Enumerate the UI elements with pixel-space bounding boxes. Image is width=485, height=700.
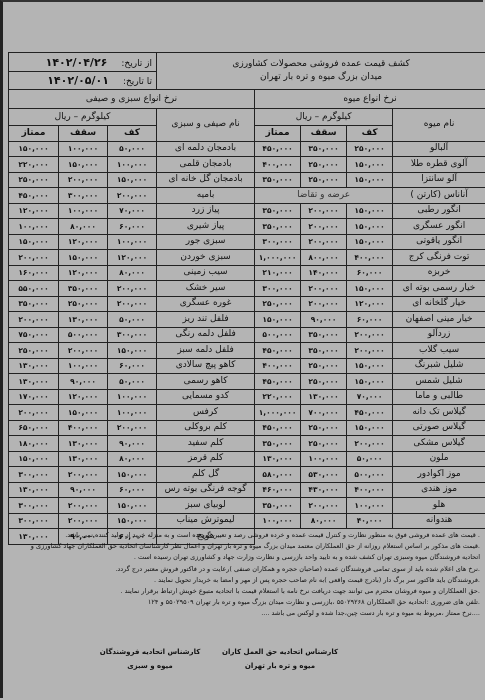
fruit-price-min: ۱۵۰,۰۰۰ [347,234,393,250]
fruit-price-premium: ۲۲۰,۰۰۰ [255,389,301,405]
fruit-price-max: ۲۵۰,۰۰۰ [301,358,347,374]
note-line: . قیمت های عمده فروشی فوق به منظور نظارت… [8,530,480,541]
veg-price-min: ۵۰,۰۰۰ [108,374,157,390]
note-line: ....نرخ ممتاز ،مربوط به میوه و تره بار د… [8,608,480,619]
fruit-price-max: ۲۰۰,۰۰۰ [301,296,347,312]
veg-price-max: ۲۰۰,۰۰۰ [59,343,108,359]
veg-price-premium: ۱۵۰,۰۰۰ [9,234,59,250]
signature-sellers: کارشناس اتحادیه فروشندگان میوه و سبزی [80,645,220,673]
veg-name: کلم قرمز [157,451,255,467]
veg-price-premium: ۴۵۰,۰۰۰ [9,188,59,204]
fruit-price-premium: ۳۵۰,۰۰۰ [255,219,301,235]
veg-price-premium: ۷۵۰,۰۰۰ [9,327,59,343]
fruit-price-max: ۸۰,۰۰۰ [301,513,347,529]
to-date-row: تا تاریخ:۱۴۰۲/۰۵/۰۱ [9,72,156,89]
veg-name: کلم سفید [157,436,255,452]
veg-name: سیب زمینی [157,265,255,281]
veg-price-min: ۱۰۰,۰۰۰ [108,389,157,405]
title-line-1: کشف قیمت عمده فروشی محصولات کشاورزی [157,58,485,71]
fruit-price-min: ۲۰۰,۰۰۰ [347,343,393,359]
table-row: انگور رطبی۱۵۰,۰۰۰۲۰۰,۰۰۰۳۵۰,۰۰۰پیاز زرد۷… [9,203,485,219]
fruit-name-header: نام میوه [393,109,485,142]
fruit-price-min: ۱۵۰,۰۰۰ [347,157,393,173]
veg-name: سبزی خوردن [157,250,255,266]
fruit-name: گیلاس تک دانه [393,405,485,421]
table-row: ملون۵۰,۰۰۰۱۰۰,۰۰۰۱۳۰,۰۰۰کلم قرمز۸۰,۰۰۰۱۳… [9,451,485,467]
table-row: انگور یاقوتی۱۵۰,۰۰۰۲۰۰,۰۰۰۳۰۰,۰۰۰سبزی جو… [9,234,485,250]
to-date-label: تا تاریخ: [123,77,152,87]
veg-price-min: ۵۰,۰۰۰ [108,312,157,328]
fruit-price-max: ۳۵۰,۰۰۰ [301,141,347,157]
fruit-price-min: ۴۰۰,۰۰۰ [347,250,393,266]
fruit-price-premium: ۲۱۰,۰۰۰ [255,265,301,281]
table-row: سیب گلاب۲۰۰,۰۰۰۳۵۰,۰۰۰۴۵۰,۰۰۰فلفل دلمه س… [9,343,485,359]
fruit-price-min: ۱۰۰,۰۰۰ [347,498,393,514]
veg-price-max: ۱۵۰,۰۰۰ [59,157,108,173]
veg-price-premium: ۳۵۰,۰۰۰ [9,296,59,312]
veg-price-min: ۵۰,۰۰۰ [108,141,157,157]
table-row: گیلاس صورتی۱۵۰,۰۰۰۲۵۰,۰۰۰۴۵۰,۰۰۰کلم بروک… [9,420,485,436]
fruit-price-premium: ۱۰۰,۰۰۰ [255,513,301,529]
fruit-price-premium: ۵۸۰,۰۰۰ [255,467,301,483]
veg-price-premium: ۲۵۰,۰۰۰ [9,172,59,188]
veg-name: بامیه [157,188,255,204]
veg-name: کدو مسمایی [157,389,255,405]
fruit-price-premium: ۱۳۰,۰۰۰ [255,451,301,467]
veg-price-premium: ۲۵۰,۰۰۰ [9,343,59,359]
table-row: خیار گلخانه ای۱۲۰,۰۰۰۲۰۰,۰۰۰۲۵۰,۰۰۰غوره … [9,296,485,312]
fruit-price-max: ۵۳۰,۰۰۰ [301,467,347,483]
table-row: هلو۱۰۰,۰۰۰۲۰۰,۰۰۰۳۵۰,۰۰۰لوبیای سبز۱۵۰,۰۰… [9,498,485,514]
veg-name: بادمجان قلمی [157,157,255,173]
fruit-price-min: ۱۲۰,۰۰۰ [347,296,393,312]
table-row: گیلاس مشکی۲۰۰,۰۰۰۲۵۰,۰۰۰۳۵۰,۰۰۰کلم سفید۹… [9,436,485,452]
fruit-name: خیار مینی اصفهان [393,312,485,328]
fruit-name: خربزه [393,265,485,281]
supply-demand-note: عرضه و تقاضا [255,188,393,204]
veg-price-max: ۱۳۰,۰۰۰ [59,436,108,452]
veg-price-premium: ۱۸۰,۰۰۰ [9,436,59,452]
veg-price-max: ۱۰۰,۰۰۰ [59,141,108,157]
veg-name: کلم بروکلی [157,420,255,436]
veg-name: فلفل دلمه سبز [157,343,255,359]
fruit-price-premium: ۱۵۰,۰۰۰ [255,312,301,328]
veg-price-min: ۸۰,۰۰۰ [108,265,157,281]
fruit-price-max: ۳۵۰,۰۰۰ [301,343,347,359]
veg-price-max: ۱۰۰,۰۰۰ [59,203,108,219]
fruit-price-min: ۲۰۰,۰۰۰ [347,436,393,452]
veg-price-max: ۹۰,۰۰۰ [59,374,108,390]
veg-price-min: ۱۵۰,۰۰۰ [108,172,157,188]
fruit-price-max: ۲۰۰,۰۰۰ [301,281,347,297]
veg-price-max: ۴۰۰,۰۰۰ [59,420,108,436]
fruit-price-min: ۵۰۰,۰۰۰ [347,467,393,483]
fruit-name: گیلاس صورتی [393,420,485,436]
fruit-name: خیار رسمی بوته ای [393,281,485,297]
table-row: خیار مینی اصفهان۶۰,۰۰۰۹۰,۰۰۰۱۵۰,۰۰۰فلفل … [9,312,485,328]
fruit-price-min: ۴۵۰,۰۰۰ [347,405,393,421]
fruit-price-min: ۴۰,۰۰۰ [347,513,393,529]
veg-price-max: ۱۳۰,۰۰۰ [59,312,108,328]
veg-name: سبزی جور [157,234,255,250]
table-row: شلیل شبرنگ۱۵۰,۰۰۰۲۵۰,۰۰۰۴۰۰,۰۰۰کاهو پیچ … [9,358,485,374]
fruit-price-premium: ۳۵۰,۰۰۰ [255,203,301,219]
note-line: .حق العملکاران و میوه فروشان محترم می تو… [8,586,480,597]
veg-price-premium: ۱۵۰,۰۰۰ [9,451,59,467]
veg-unit: کیلوگرم – ریال [9,109,157,126]
veg-col-min: کف [108,126,157,142]
veg-price-max: ۱۲۰,۰۰۰ [59,234,108,250]
from-date-label: از تاریخ: [121,59,152,69]
fruit-price-max: ۲۰۰,۰۰۰ [301,498,347,514]
veg-price-min: ۱۰۰,۰۰۰ [108,405,157,421]
fruit-price-max: ۲۵۰,۰۰۰ [301,157,347,173]
fruit-price-max: ۲۵۰,۰۰۰ [301,172,347,188]
fruit-name: آناناس (کارتن ) [393,188,485,204]
table-row: انگور عسگری۱۵۰,۰۰۰۲۰۰,۰۰۰۳۵۰,۰۰۰پیاز شیر… [9,219,485,235]
fruit-price-premium: ۴۶۰,۰۰۰ [255,482,301,498]
fruit-name: هلو [393,498,485,514]
from-date-row: از تاریخ:۱۴۰۲/۰۴/۲۶ [9,54,156,72]
fruit-name: گیلاس مشکی [393,436,485,452]
fruit-col-premium: ممتاز [255,126,301,142]
fruit-name: شلیل شمس [393,374,485,390]
table-row: خیار رسمی بوته ای۱۵۰,۰۰۰۲۰۰,۰۰۰۳۰۰,۰۰۰سی… [9,281,485,297]
veg-price-premium: ۱۳۰,۰۰۰ [9,482,59,498]
note-line: اتحادیه فروشندگان میوه وسبزی تهران کشف ش… [8,552,480,563]
veg-price-min: ۱۵۰,۰۰۰ [108,343,157,359]
fruit-price-min: ۱۵۰,۰۰۰ [347,420,393,436]
signature-commission-agents: کارشناس اتحادیه حق العمل کاران میوه و تر… [210,645,350,673]
fruit-price-premium: ۱,۰۰۰,۰۰۰ [255,250,301,266]
table-row: شلیل شمس۱۵۰,۰۰۰۲۵۰,۰۰۰۴۵۰,۰۰۰کاهو رسمی۵۰… [9,374,485,390]
veg-price-min: ۶۰,۰۰۰ [108,358,157,374]
fruit-name: سیب گلاب [393,343,485,359]
fruit-price-premium: ۱,۰۰۰,۰۰۰ [255,405,301,421]
veg-price-max: ۸۰,۰۰۰ [59,219,108,235]
signature-line: میوه و سبزی [80,659,220,673]
fruit-section-title: نرخ انواع میوه [255,90,485,109]
veg-price-premium: ۶۵۰,۰۰۰ [9,420,59,436]
veg-price-min: ۹۰,۰۰۰ [108,436,157,452]
table-row: آناناس (کارتن )عرضه و تقاضابامیه۲۰۰,۰۰۰۳… [9,188,485,204]
fruit-price-premium: ۵۰۰,۰۰۰ [255,327,301,343]
veg-price-max: ۹۰,۰۰۰ [59,482,108,498]
title-line-2: میدان بزرگ میوه و تره بار تهران [157,71,485,84]
fruit-price-premium: ۴۵۰,۰۰۰ [255,141,301,157]
fruit-price-premium: ۴۵۰,۰۰۰ [255,420,301,436]
fruit-price-min: ۶۰,۰۰۰ [347,312,393,328]
table-row: موز اکوادور۵۰۰,۰۰۰۵۳۰,۰۰۰۵۸۰,۰۰۰گل کلم۱۵… [9,467,485,483]
signature-line: کارشناس اتحادیه حق العمل کاران [210,645,350,659]
veg-price-max: ۲۰۰,۰۰۰ [59,498,108,514]
fruit-price-max: ۹۰,۰۰۰ [301,312,347,328]
fruit-name: آلوی قطره طلا [393,157,485,173]
veg-price-premium: ۱۰۰,۰۰۰ [9,219,59,235]
veg-name: کرفس [157,405,255,421]
veg-price-min: ۸۰,۰۰۰ [108,451,157,467]
veg-price-min: ۱۲۰,۰۰۰ [108,250,157,266]
fruit-name: موز اکوادور [393,467,485,483]
fruit-price-premium: ۴۰۰,۰۰۰ [255,358,301,374]
veg-price-max: ۱۳۰,۰۰۰ [59,451,108,467]
veg-price-max: ۳۵۰,۰۰۰ [59,281,108,297]
table-row: توت فرنگی کرج۴۰۰,۰۰۰۸۰۰,۰۰۰۱,۰۰۰,۰۰۰سبزی… [9,250,485,266]
signature-line: کارشناس اتحادیه فروشندگان [80,645,220,659]
veg-price-premium: ۳۰۰,۰۰۰ [9,498,59,514]
fruit-price-max: ۱۳۰,۰۰۰ [301,389,347,405]
table-row: طالبی و ماما۷۰,۰۰۰۱۳۰,۰۰۰۲۲۰,۰۰۰کدو مسما… [9,389,485,405]
fruit-price-max: ۲۰۰,۰۰۰ [301,203,347,219]
veg-price-min: ۱۵۰,۰۰۰ [108,498,157,514]
fruit-price-max: ۲۵۰,۰۰۰ [301,436,347,452]
fruit-name: آلبالو [393,141,485,157]
sheet-title: کشف قیمت عمده فروشی محصولات کشاورزی میدا… [157,53,485,90]
fruit-price-max: ۱۰۰,۰۰۰ [301,451,347,467]
veg-price-premium: ۱۳۰,۰۰۰ [9,374,59,390]
fruit-price-max: ۲۰۰,۰۰۰ [301,234,347,250]
veg-name: فلفل تند ریز [157,312,255,328]
veg-price-max: ۳۰۰,۰۰۰ [59,188,108,204]
veg-name: پیاز شیری [157,219,255,235]
veg-price-min: ۱۰۰,۰۰۰ [108,234,157,250]
veg-price-premium: ۵۵۰,۰۰۰ [9,281,59,297]
fruit-price-min: ۱۵۰,۰۰۰ [347,281,393,297]
veg-price-min: ۲۰۰,۰۰۰ [108,296,157,312]
veg-name: گوجه فرنگی بوته رس [157,482,255,498]
veg-price-max: ۲۰۰,۰۰۰ [59,172,108,188]
fruit-price-premium: ۴۵۰,۰۰۰ [255,374,301,390]
veg-name: کاهو رسمی [157,374,255,390]
table-row: خربزه۶۰,۰۰۰۱۴۰,۰۰۰۲۱۰,۰۰۰سیب زمینی۸۰,۰۰۰… [9,265,485,281]
note-line: .نرخ های اعلام شده باید از سوی تمامی فرو… [8,564,480,575]
fruit-price-min: ۲۵۰,۰۰۰ [347,141,393,157]
fruit-price-max: ۲۵۰,۰۰۰ [301,420,347,436]
fruit-name: شلیل شبرنگ [393,358,485,374]
fruit-price-premium: ۴۰۰,۰۰۰ [255,157,301,173]
veg-price-max: ۱۲۰,۰۰۰ [59,265,108,281]
fruit-price-max: ۲۵۰,۰۰۰ [301,374,347,390]
veg-price-max: ۱۰۰,۰۰۰ [59,358,108,374]
veg-price-premium: ۲۰۰,۰۰۰ [9,405,59,421]
veg-name: گل کلم [157,467,255,483]
fruit-name: ملون [393,451,485,467]
veg-price-premium: ۲۰۰,۰۰۰ [9,312,59,328]
veg-price-premium: ۳۰۰,۰۰۰ [9,513,59,529]
veg-col-max: سقف [59,126,108,142]
veg-price-premium: ۱۵۰,۰۰۰ [9,141,59,157]
table-row: آلبالو۲۵۰,۰۰۰۳۵۰,۰۰۰۴۵۰,۰۰۰بادمجان دلمه … [9,141,485,157]
veg-name: غوره عسگری [157,296,255,312]
veg-name-header: نام صیفی و سبزی [157,109,255,142]
veg-price-max: ۱۵۰,۰۰۰ [59,405,108,421]
table-row: موز هندی۴۰۰,۰۰۰۴۳۰,۰۰۰۴۶۰,۰۰۰گوجه فرنگی … [9,482,485,498]
fruit-name: توت فرنگی کرج [393,250,485,266]
fruit-price-min: ۱۵۰,۰۰۰ [347,358,393,374]
veg-price-min: ۶۰,۰۰۰ [108,482,157,498]
veg-price-premium: ۲۰۰,۰۰۰ [9,250,59,266]
table-row: هندوانه۴۰,۰۰۰۸۰,۰۰۰۱۰۰,۰۰۰لیموترش میناب۱… [9,513,485,529]
fruit-name: انگور یاقوتی [393,234,485,250]
veg-price-min: ۲۰۰,۰۰۰ [108,420,157,436]
signature-line: میوه و تره بار تهران [210,659,350,673]
fruit-name: انگور عسگری [393,219,485,235]
veg-price-max: ۱۵۰,۰۰۰ [59,250,108,266]
fruit-price-premium: ۲۵۰,۰۰۰ [255,296,301,312]
veg-price-premium: ۳۰۰,۰۰۰ [9,467,59,483]
veg-name: بادمجان گل خانه ای [157,172,255,188]
veg-price-premium: ۱۶۰,۰۰۰ [9,265,59,281]
fruit-name: هندوانه [393,513,485,529]
veg-name: فلفل دلمه رنگی [157,327,255,343]
fruit-price-premium: ۳۵۰,۰۰۰ [255,498,301,514]
fruit-name: انگور رطبی [393,203,485,219]
veg-price-min: ۷۰,۰۰۰ [108,203,157,219]
fruit-name: زردآلو [393,327,485,343]
fruit-price-max: ۲۰۰,۰۰۰ [301,219,347,235]
fruit-price-premium: ۳۰۰,۰۰۰ [255,234,301,250]
veg-col-premium: ممتاز [9,126,59,142]
table-row: آلو سانتزا۱۵۰,۰۰۰۲۵۰,۰۰۰۳۵۰,۰۰۰بادمجان گ… [9,172,485,188]
fruit-name: موز هندی [393,482,485,498]
veg-price-max: ۱۲۰,۰۰۰ [59,389,108,405]
veg-price-min: ۶۰,۰۰۰ [108,219,157,235]
fruit-price-max: ۷۰۰,۰۰۰ [301,405,347,421]
fruit-price-min: ۷۰,۰۰۰ [347,389,393,405]
veg-price-max: ۲۰۰,۰۰۰ [59,467,108,483]
veg-price-max: ۲۰۰,۰۰۰ [59,513,108,529]
fruit-price-min: ۱۵۰,۰۰۰ [347,203,393,219]
veg-name: لیموترش میناب [157,513,255,529]
veg-price-premium: ۱۳۰,۰۰۰ [9,358,59,374]
fruit-price-max: ۴۳۰,۰۰۰ [301,482,347,498]
veg-price-min: ۳۰۰,۰۰۰ [108,327,157,343]
fruit-price-premium: ۳۵۰,۰۰۰ [255,436,301,452]
note-line: .تلفن های ضروری :اتحادیه حق العملکاران ۵… [8,597,480,608]
veg-price-min: ۱۵۰,۰۰۰ [108,467,157,483]
from-date-value: ۱۴۰۲/۰۴/۲۶ [46,56,108,69]
fruit-name: آلو سانتزا [393,172,485,188]
table-row: گیلاس تک دانه۴۵۰,۰۰۰۷۰۰,۰۰۰۱,۰۰۰,۰۰۰کرفس… [9,405,485,421]
veg-name: پیاز زرد [157,203,255,219]
fruit-price-min: ۶۰,۰۰۰ [347,265,393,281]
fruit-price-max: ۸۰۰,۰۰۰ [301,250,347,266]
date-range: از تاریخ:۱۴۰۲/۰۴/۲۶ تا تاریخ:۱۴۰۲/۰۵/۰۱ [9,53,157,90]
fruit-price-min: ۲۰۰,۰۰۰ [347,327,393,343]
to-date-value: ۱۴۰۲/۰۵/۰۱ [47,74,109,87]
fruit-price-premium: ۳۵۰,۰۰۰ [255,172,301,188]
veg-price-premium: ۱۷۰,۰۰۰ [9,389,59,405]
veg-name: سیر خشک [157,281,255,297]
veg-price-min: ۱۰۰,۰۰۰ [108,157,157,173]
fruit-price-premium: ۴۵۰,۰۰۰ [255,343,301,359]
veg-price-premium: ۱۲۰,۰۰۰ [9,203,59,219]
table-row: زردآلو۲۰۰,۰۰۰۳۵۰,۰۰۰۵۰۰,۰۰۰فلفل دلمه رنگ… [9,327,485,343]
note-line: .قیمت های مذکور بر اساس استعلام روزانه ا… [8,541,480,552]
veg-price-max: ۲۵۰,۰۰۰ [59,296,108,312]
veg-price-min: ۱۵۰,۰۰۰ [108,513,157,529]
fruit-price-max: ۳۵۰,۰۰۰ [301,327,347,343]
veg-price-premium: ۲۲۰,۰۰۰ [9,157,59,173]
price-sheet: کشف قیمت عمده فروشی محصولات کشاورزی میدا… [8,52,485,545]
fruit-price-min: ۱۵۰,۰۰۰ [347,374,393,390]
fruit-name: طالبی و ماما [393,389,485,405]
table-row: آلوی قطره طلا۱۵۰,۰۰۰۲۵۰,۰۰۰۴۰۰,۰۰۰بادمجا… [9,157,485,173]
veg-price-min: ۲۰۰,۰۰۰ [108,188,157,204]
price-table: کشف قیمت عمده فروشی محصولات کشاورزی میدا… [8,52,485,545]
fruit-price-premium: ۳۰۰,۰۰۰ [255,281,301,297]
fruit-price-min: ۱۵۰,۰۰۰ [347,172,393,188]
notes-block: . قیمت های عمده فروشی فوق به منظور نظارت… [8,530,480,620]
fruit-price-min: ۵۰,۰۰۰ [347,451,393,467]
veg-section-title: نرخ انواع سبزی و صیفی [9,90,255,109]
veg-price-max: ۵۰۰,۰۰۰ [59,327,108,343]
fruit-unit: کیلوگرم – ریال [255,109,393,126]
fruit-price-min: ۴۰۰,۰۰۰ [347,482,393,498]
fruit-col-max: سقف [301,126,347,142]
fruit-price-min: ۱۵۰,۰۰۰ [347,219,393,235]
veg-name: لوبیای سبز [157,498,255,514]
veg-name: کاهو پیچ سالادی [157,358,255,374]
veg-price-min: ۲۰۰,۰۰۰ [108,281,157,297]
note-line: .فروشندگان باید فاکتور سر برگ دار (بادرج… [8,575,480,586]
fruit-name: خیار گلخانه ای [393,296,485,312]
veg-name: بادمجان دلمه ای [157,141,255,157]
fruit-col-min: کف [347,126,393,142]
fruit-price-max: ۱۴۰,۰۰۰ [301,265,347,281]
